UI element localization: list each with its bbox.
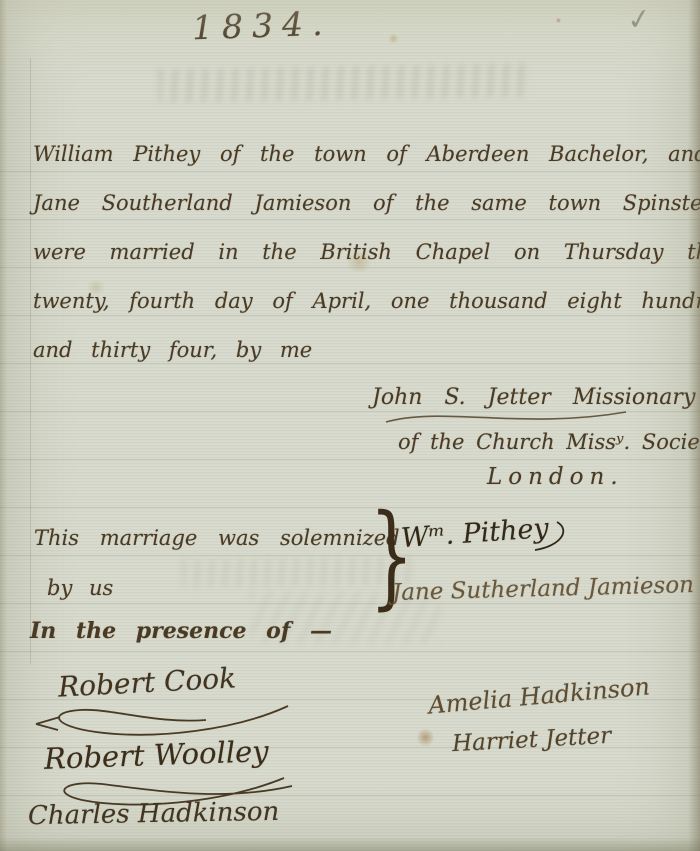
pencil-check-icon: ✓ [625,0,654,37]
paper-stain [556,18,561,23]
record-line: William Pithey of the town of Aberdeen B… [33,130,698,179]
record-line: were married in the British Chapel on Th… [33,228,698,277]
record-line: and thirty four, by me [33,326,698,375]
witness-signature: Harriet Jetter [451,723,611,757]
witness-signature: Robert Cook [57,661,237,703]
witness-signature: Charles Hadkinson [28,797,280,831]
bride-signature: Jane Sutherland Jamieson [392,572,695,606]
attestation-by-us-line: by us [47,576,113,600]
officiant-society-line: of the Church Missʸ. Society [398,430,700,454]
signature-flourish [382,404,632,430]
record-line: twenty, fourth day of April, one thousan… [33,277,698,326]
margin-rule [30,58,31,664]
attestation-solemnized-line: This marriage was solemnized [34,526,400,550]
attestation-presence-line: In the presence of — [30,618,332,644]
paper-stain [417,728,434,747]
witness-signature: Amelia Hadkinson [427,672,651,719]
officiant-place-line: London. [487,464,624,490]
record-paragraph: William Pithey of the town of Aberdeen B… [33,130,698,375]
record-line: Jane Southerland Jamieson of the same to… [33,179,698,228]
ink-bleedthrough-smudge [158,63,529,103]
witness-signature: Robert Woolley [43,734,269,776]
marriage-register-page: 1834. ✓ William Pithey of the town of Ab… [0,0,700,851]
year-heading: 1834. [191,4,332,48]
signature-flourish [527,516,577,556]
paper-stain [388,33,399,44]
